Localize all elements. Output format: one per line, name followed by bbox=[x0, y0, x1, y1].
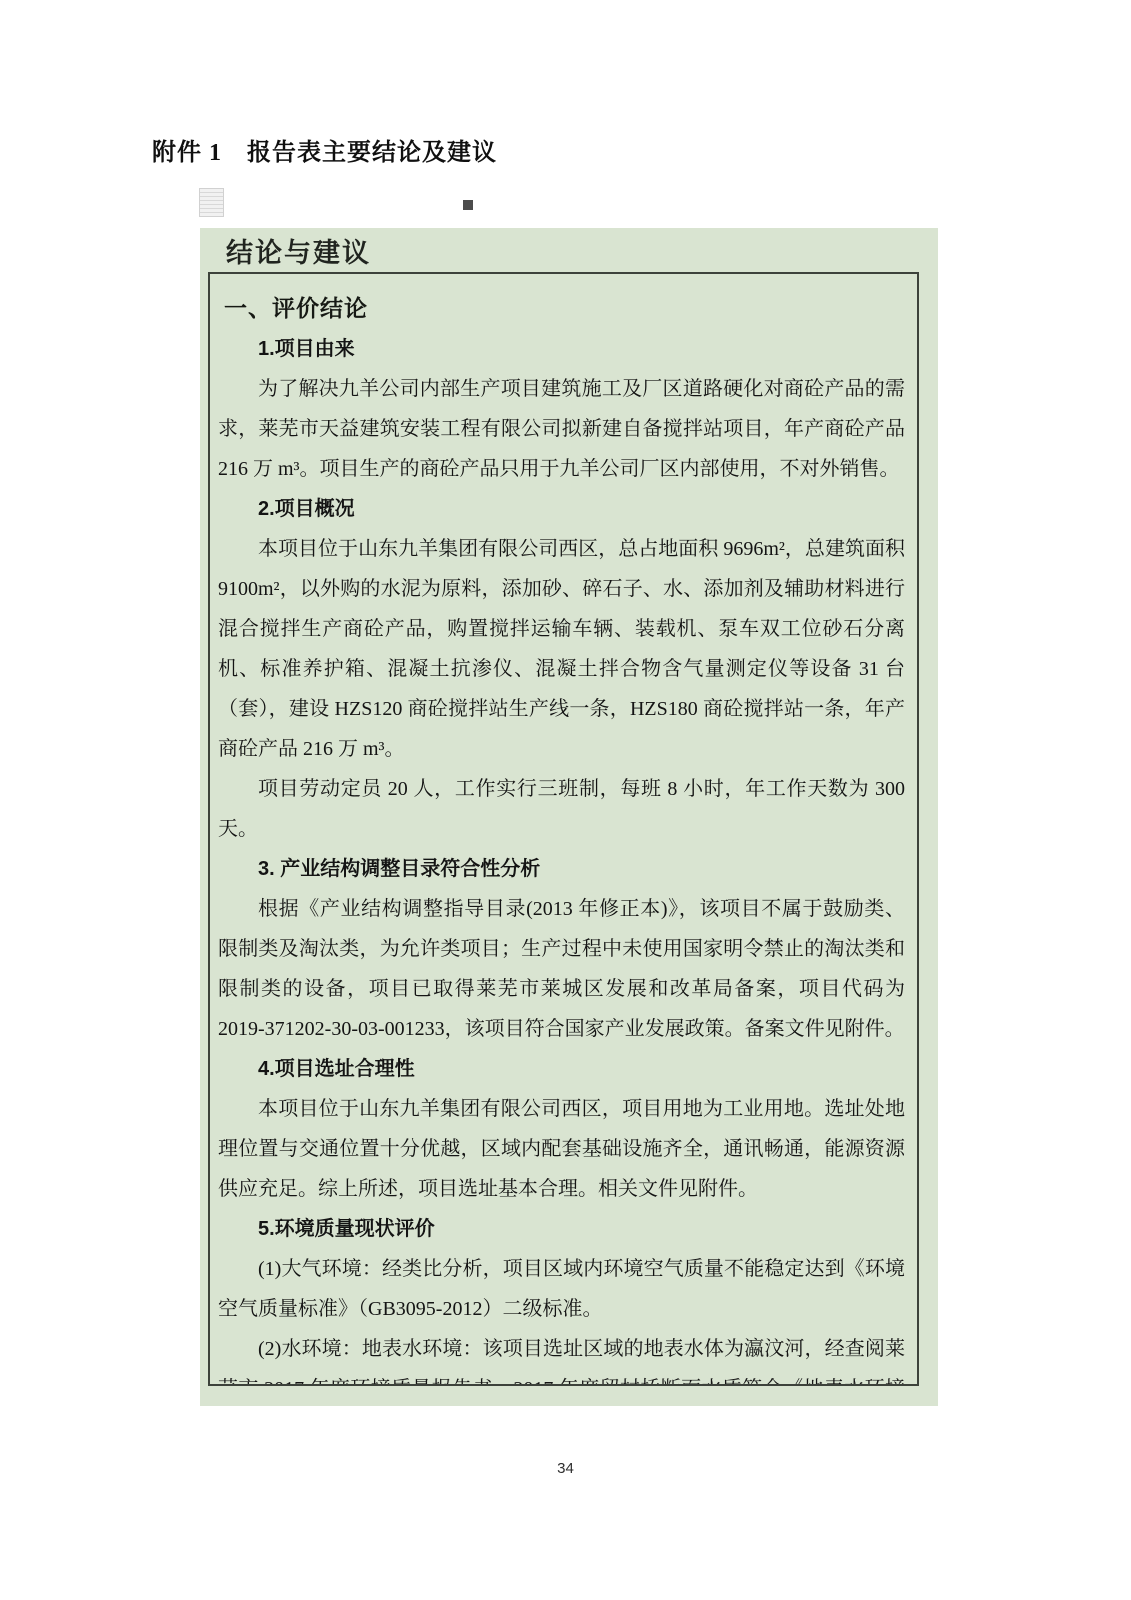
section-title: 一、评价结论 bbox=[224, 290, 917, 323]
paragraph-project-overview: 本项目位于山东九羊集团有限公司西区，总占地面积 9696m²，总建筑面积9100… bbox=[218, 529, 905, 769]
paragraph-air-environment: (1)大气环境：经类比分析，项目区域内环境空气质量不能稳定达到《环境空气质量标准… bbox=[218, 1249, 905, 1329]
conclusion-box: 一、评价结论 1.项目由来 为了解决九羊公司内部生产项目建筑施工及厂区道路硬化对… bbox=[208, 272, 919, 1386]
subsection-heading-industry-policy: 3. 产业结构调整目录符合性分析 bbox=[218, 849, 905, 889]
paragraph-industry-policy: 根据《产业结构调整指导目录(2013 年修正本)》，该项目不属于鼓励类、限制类及… bbox=[218, 889, 905, 1049]
page-number: 34 bbox=[0, 1460, 1131, 1477]
document-thumbnail-icon bbox=[199, 188, 224, 217]
subsection-heading-project-overview: 2.项目概况 bbox=[218, 489, 905, 529]
paragraph-staffing: 项目劳动定员 20 人，工作实行三班制，每班 8 小时，年工作天数为 300 天… bbox=[218, 769, 905, 849]
paragraph-site-selection: 本项目位于山东九羊集团有限公司西区，项目用地为工业用地。选址处地理位置与交通位置… bbox=[218, 1089, 905, 1209]
subsection-heading-environment-quality: 5.环境质量现状评价 bbox=[218, 1209, 905, 1249]
conclusion-panel: 结论与建议 一、评价结论 1.项目由来 为了解决九羊公司内部生产项目建筑施工及厂… bbox=[200, 228, 938, 1406]
paragraph-project-origin: 为了解决九羊公司内部生产项目建筑施工及厂区道路硬化对商砼产品的需求，莱芜市天益建… bbox=[218, 369, 905, 489]
paragraph-water-environment: (2)水环境：地表水环境：该项目选址区域的地表水体为瀛汶河，经查阅莱芜市 201… bbox=[218, 1329, 905, 1386]
subsection-heading-project-origin: 1.项目由来 bbox=[218, 329, 905, 369]
panel-header: 结论与建议 bbox=[200, 228, 938, 270]
report-body: 1.项目由来 为了解决九羊公司内部生产项目建筑施工及厂区道路硬化对商砼产品的需求… bbox=[210, 329, 917, 1386]
attachment-title: 附件 1 报告表主要结论及建议 bbox=[152, 132, 497, 167]
small-square-marker-icon bbox=[463, 200, 473, 210]
subsection-heading-site-selection: 4.项目选址合理性 bbox=[218, 1049, 905, 1089]
